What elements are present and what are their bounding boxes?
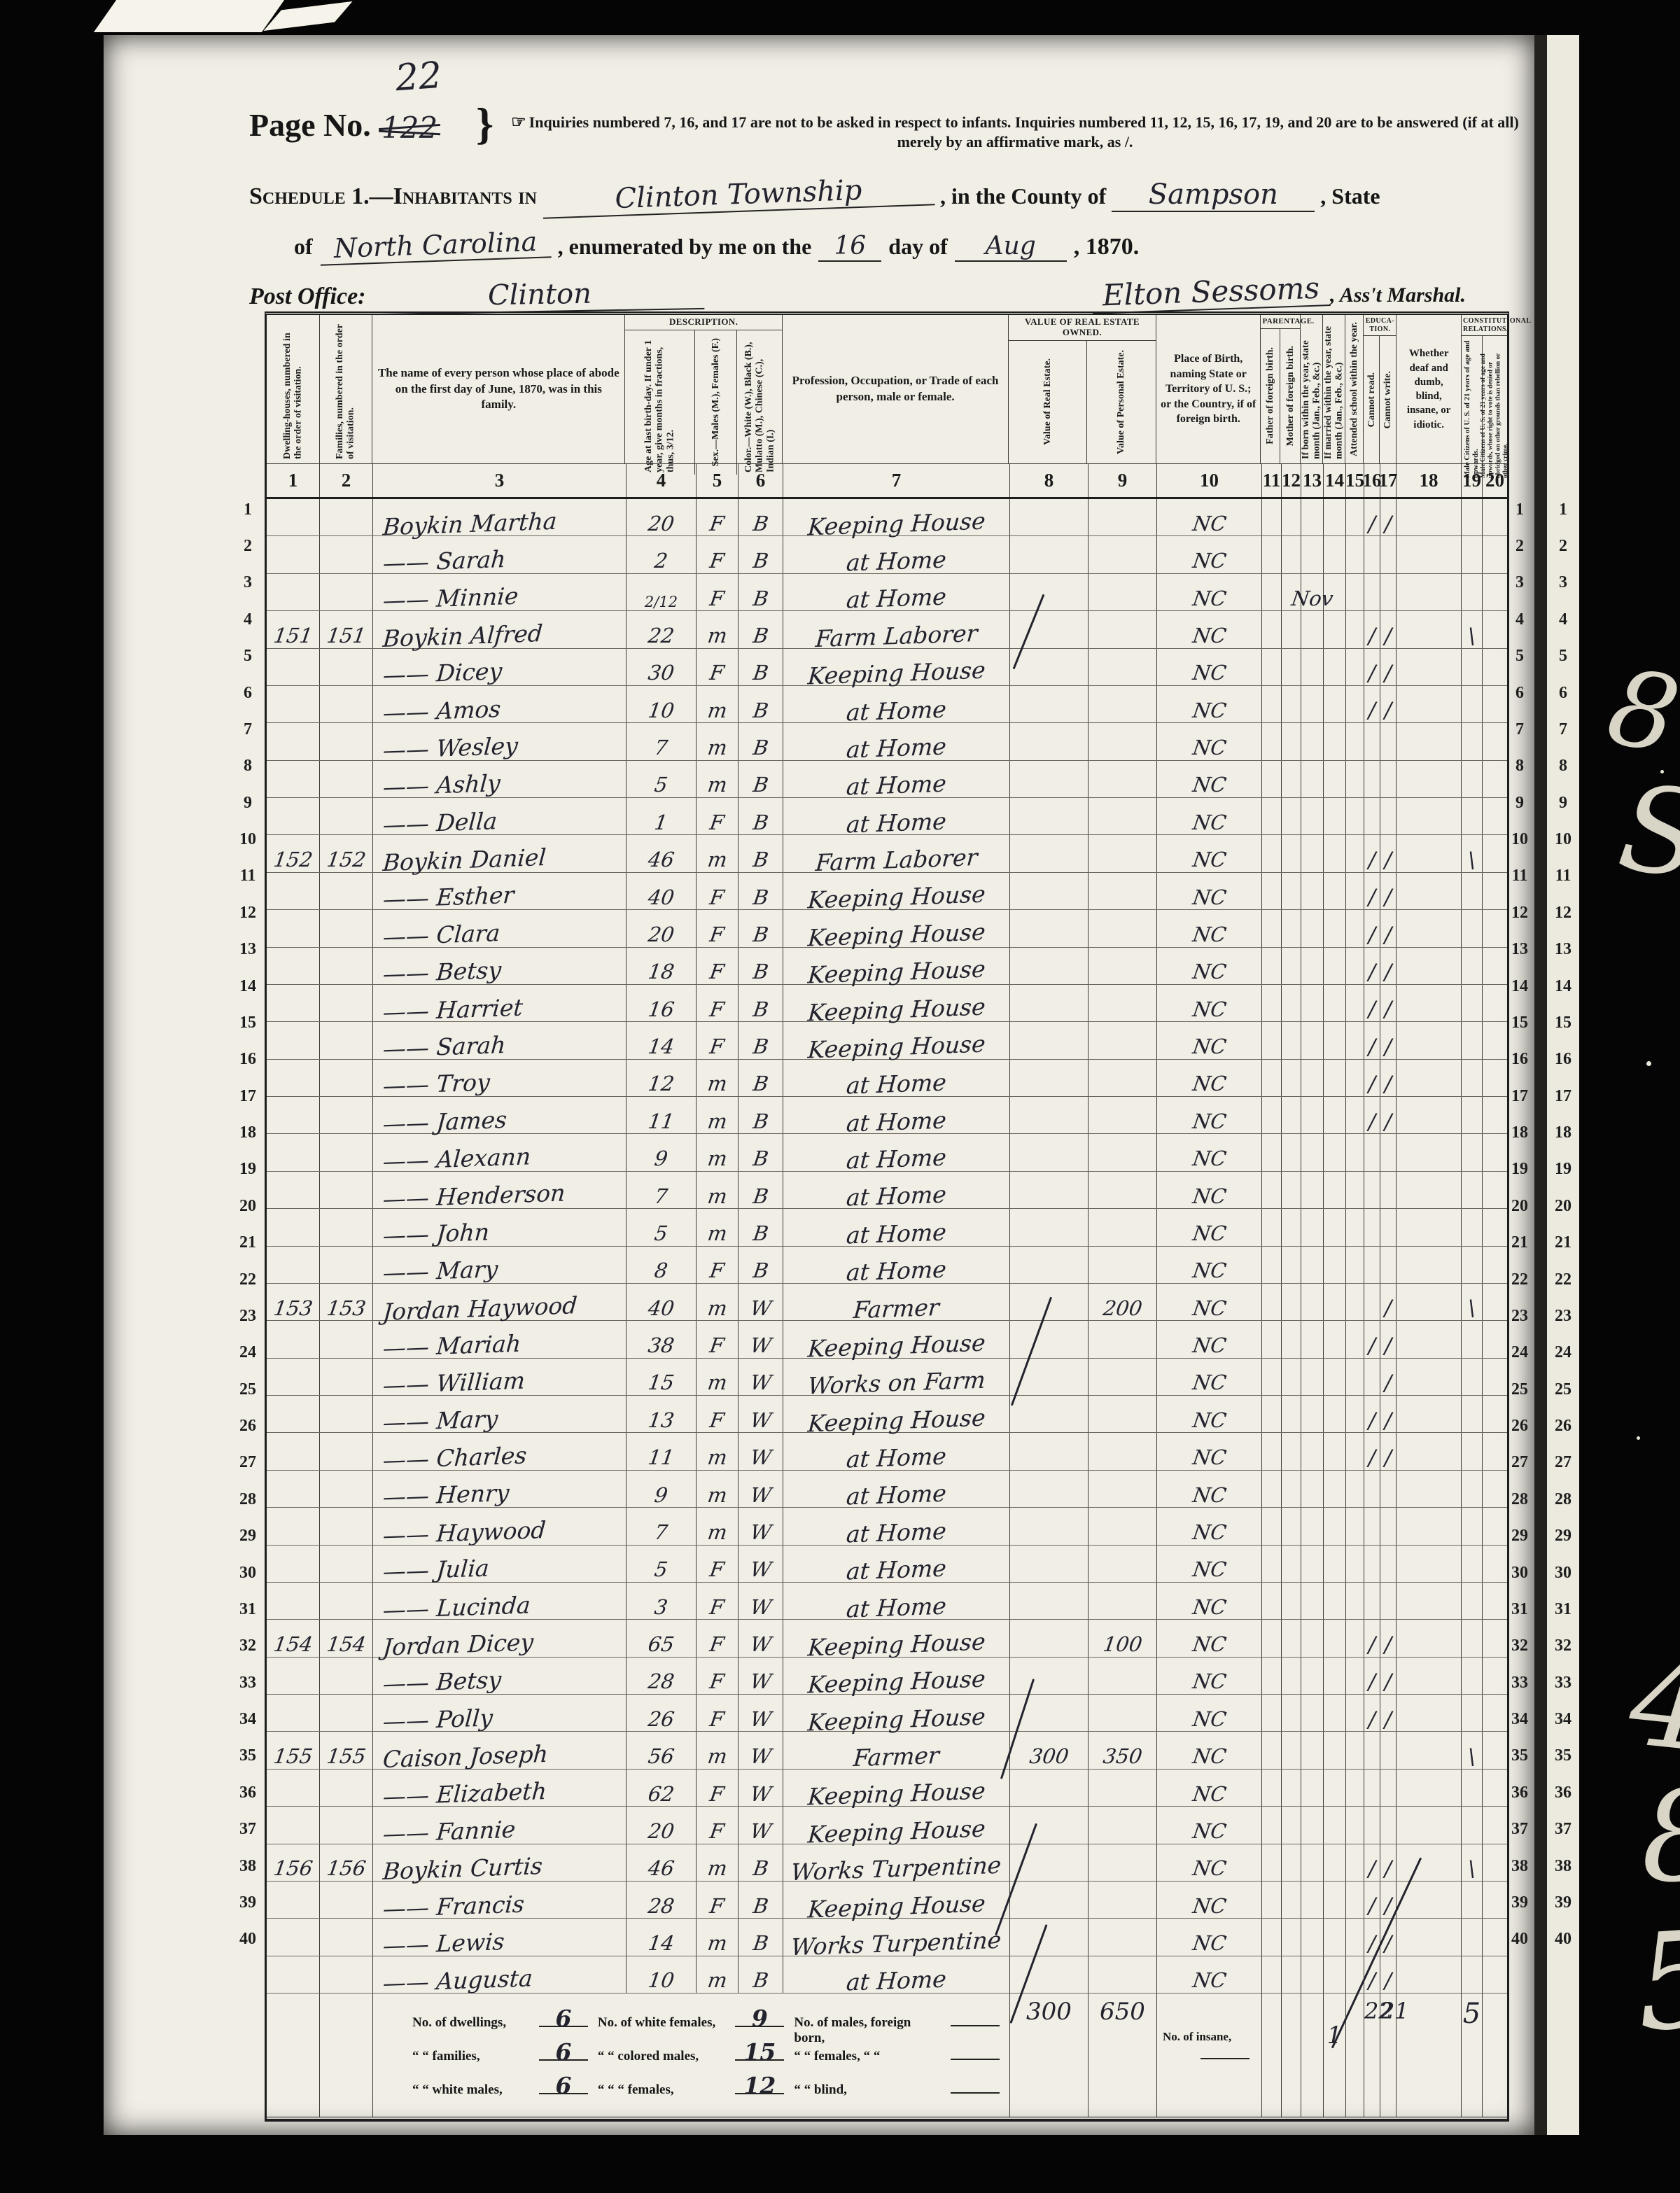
cell-born_month xyxy=(1301,536,1324,573)
cell-name: Jordan Dicey xyxy=(373,1620,626,1656)
cell-attended_school xyxy=(1346,1882,1364,1918)
summary-label: “ “ families, xyxy=(412,2049,529,2064)
cell-citizen_denied xyxy=(1483,1321,1507,1357)
cell-value_personal xyxy=(1088,1882,1157,1918)
cell-cannot_read xyxy=(1364,1583,1380,1619)
table-header: Dwelling-houses, numbered in the order o… xyxy=(267,315,1507,464)
cell-born_month xyxy=(1301,798,1324,834)
cell-dwelling xyxy=(267,761,320,797)
cell-name: —— Esther xyxy=(373,873,626,909)
cell-citizen xyxy=(1462,1134,1483,1170)
page-no-label: Page No. xyxy=(249,106,371,143)
cell-cannot_read xyxy=(1364,1209,1380,1245)
cell-married_month xyxy=(1324,985,1346,1021)
cell-value_personal xyxy=(1088,1396,1157,1432)
cell-attended_school xyxy=(1346,574,1364,610)
cell-attended_school xyxy=(1346,1247,1364,1283)
line-number: 15 xyxy=(1548,1004,1578,1041)
cell-cannot_read xyxy=(1364,1134,1380,1170)
footer-cell xyxy=(1262,1994,1282,2117)
cell-dwelling xyxy=(267,686,320,722)
table-footer: No. of dwellings,6 No. of white females,… xyxy=(267,1994,1507,2120)
line-number: 9 xyxy=(1548,785,1578,821)
cell-age: 15 xyxy=(626,1359,696,1395)
cell-value_personal xyxy=(1088,686,1157,722)
cell-name: —— Sarah xyxy=(373,1022,626,1058)
cell-cannot_write xyxy=(1380,1583,1396,1619)
line-number: 8 xyxy=(1548,748,1578,785)
post-office-label: Post Office: xyxy=(249,283,365,310)
cell-value_personal xyxy=(1088,1471,1157,1507)
col-header-dwelling: Dwelling-houses, numbered in the order o… xyxy=(281,317,304,461)
cell-father_foreign xyxy=(1262,798,1282,834)
cell-family xyxy=(320,1022,373,1058)
cell-sex: F xyxy=(696,536,738,573)
cell-value_personal xyxy=(1088,1956,1157,1993)
cell-color: B xyxy=(738,1844,783,1881)
cell-citizen xyxy=(1462,1583,1483,1619)
cell-citizen xyxy=(1462,1097,1483,1133)
footer-cell xyxy=(267,1994,320,2117)
line-number: 33 xyxy=(1506,1665,1534,1701)
cell-dwelling xyxy=(267,1770,320,1806)
cell-father_foreign xyxy=(1262,1508,1282,1544)
cell-mother_foreign xyxy=(1282,1658,1301,1694)
line-number: 26 xyxy=(1506,1408,1534,1444)
cell-dwelling xyxy=(267,1060,320,1096)
line-number: 31 xyxy=(1506,1591,1534,1627)
cell-sex: m xyxy=(696,686,738,722)
cell-mother_foreign xyxy=(1282,798,1301,834)
cell-cannot_write xyxy=(1380,723,1396,759)
cell-born_month xyxy=(1301,1396,1324,1432)
line-number: 6 xyxy=(1548,675,1578,711)
right-line-numbers: 1234567891011121314151617181920212223242… xyxy=(1506,491,1534,1958)
cell-deaf_blind xyxy=(1396,1770,1462,1806)
table-row: —— Francis28FBKeeping HouseNC// xyxy=(267,1882,1507,1919)
cell-sex: F xyxy=(696,1396,738,1432)
table-row: —— Julia5FWat HomeNC xyxy=(267,1546,1507,1583)
cell-occupation: at Home xyxy=(783,1172,1010,1208)
cell-citizen_denied xyxy=(1483,1583,1507,1619)
table-row: —— Clara20FBKeeping HouseNC// xyxy=(267,910,1507,947)
cell-father_foreign xyxy=(1262,574,1282,610)
line-number: 10 xyxy=(234,821,262,857)
cell-color: W xyxy=(738,1658,783,1694)
cell-name: Jordan Haywood xyxy=(373,1284,626,1320)
line-number: 13 xyxy=(1506,932,1534,968)
cell-cannot_read: / xyxy=(1364,1321,1380,1357)
line-number: 36 xyxy=(1506,1774,1534,1811)
line-number: 23 xyxy=(1506,1298,1534,1334)
cell-age: 18 xyxy=(626,948,696,984)
cell-father_foreign xyxy=(1262,499,1282,535)
column-number: 18 xyxy=(1396,464,1462,497)
cell-mother_foreign xyxy=(1282,1247,1301,1283)
table-body: Boykin Martha20FBKeeping HouseNC//—— Sar… xyxy=(267,499,1507,1994)
cell-color: W xyxy=(738,1546,783,1582)
cell-sex: F xyxy=(696,1022,738,1058)
line-number: 11 xyxy=(234,858,262,895)
census-scan: 8 S 4 8 5 Page No. 122 22 } ☞ Inquiries … xyxy=(0,0,1680,2193)
cell-color: W xyxy=(738,1471,783,1507)
cell-occupation: Keeping House xyxy=(783,1321,1010,1357)
cell-dwelling xyxy=(267,1097,320,1133)
cell-attended_school xyxy=(1346,1508,1364,1544)
cell-occupation: at Home xyxy=(783,1097,1010,1133)
cell-born_month xyxy=(1301,1732,1324,1768)
cell-sex: m xyxy=(696,1134,738,1170)
cell-father_foreign xyxy=(1262,1807,1282,1843)
cell-citizen_denied xyxy=(1483,1956,1507,1993)
column-number: 10 xyxy=(1157,464,1262,497)
cell-citizen_denied xyxy=(1483,1770,1507,1806)
cell-occupation: Farm Laborer xyxy=(783,835,1010,871)
cell-value_personal xyxy=(1088,1172,1157,1208)
cell-attended_school xyxy=(1346,1433,1364,1469)
cell-citizen_denied xyxy=(1483,835,1507,871)
cell-deaf_blind xyxy=(1396,536,1462,573)
cell-married_month xyxy=(1324,1433,1346,1469)
cell-occupation: Farmer xyxy=(783,1732,1010,1768)
cell-citizen xyxy=(1462,761,1483,797)
cell-born_month xyxy=(1301,1284,1324,1320)
cell-citizen_denied xyxy=(1483,948,1507,984)
cell-family: 152 xyxy=(320,835,373,871)
cell-married_month xyxy=(1324,1844,1346,1881)
cell-dwelling xyxy=(267,1807,320,1843)
cell-citizen_denied xyxy=(1483,574,1507,610)
cell-dwelling xyxy=(267,499,320,535)
cell-citizen_denied xyxy=(1483,1844,1507,1881)
cell-attended_school xyxy=(1346,536,1364,573)
cell-cannot_read: / xyxy=(1364,985,1380,1021)
cell-cannot_write: / xyxy=(1380,1359,1396,1395)
cell-occupation: at Home xyxy=(783,1956,1010,1993)
cell-value_real xyxy=(1010,649,1088,685)
cell-age: 38 xyxy=(626,1321,696,1357)
cell-father_foreign xyxy=(1262,1732,1282,1768)
line-number: 21 xyxy=(234,1225,262,1261)
cell-citizen xyxy=(1462,1770,1483,1806)
cell-birthplace: NC xyxy=(1157,1732,1262,1768)
cell-citizen xyxy=(1462,1209,1483,1245)
cell-born_month xyxy=(1301,1695,1324,1731)
cell-birthplace: NC xyxy=(1157,1321,1262,1357)
table-row: —— Polly26FWKeeping HouseNC// xyxy=(267,1695,1507,1732)
col-header-attended-school: Attended school within the year. xyxy=(1348,320,1361,458)
cell-citizen xyxy=(1462,1882,1483,1918)
line-number: 36 xyxy=(1548,1774,1578,1811)
cell-name: —— Lewis xyxy=(373,1919,626,1955)
cell-cannot_read xyxy=(1364,1546,1380,1582)
cell-value_real xyxy=(1010,1022,1088,1058)
line-number: 1 xyxy=(1548,491,1578,528)
cell-age: 13 xyxy=(626,1396,696,1432)
line-number: 36 xyxy=(234,1774,262,1811)
col-header-family: Families, numbered in the order of visit… xyxy=(334,317,357,461)
cell-name: —— Augusta xyxy=(373,1956,626,1993)
cell-occupation: Farm Laborer xyxy=(783,611,1010,647)
cell-born_month xyxy=(1301,1844,1324,1881)
cell-occupation: Keeping House xyxy=(783,649,1010,685)
scan-speck xyxy=(1646,1061,1651,1066)
cell-born_month xyxy=(1301,873,1324,909)
cell-attended_school xyxy=(1346,1321,1364,1357)
cell-value_real xyxy=(1010,835,1088,871)
cell-sex: m xyxy=(696,1433,738,1469)
cell-age: 28 xyxy=(626,1658,696,1694)
cell-value_real xyxy=(1010,1396,1088,1432)
cell-dwelling xyxy=(267,910,320,946)
cell-age: 11 xyxy=(626,1097,696,1133)
cell-name: —— William xyxy=(373,1359,626,1395)
cell-attended_school xyxy=(1346,1583,1364,1619)
cell-value_personal xyxy=(1088,1695,1157,1731)
cell-mother_foreign xyxy=(1282,910,1301,946)
cell-deaf_blind xyxy=(1396,649,1462,685)
cell-mother_foreign xyxy=(1282,723,1301,759)
line-number: 38 xyxy=(1506,1848,1534,1884)
cell-citizen xyxy=(1462,499,1483,535)
cell-value_personal xyxy=(1088,985,1157,1021)
line-number: 17 xyxy=(234,1078,262,1114)
cell-family xyxy=(320,873,373,909)
cell-color: W xyxy=(738,1620,783,1656)
group-education: Educa-tion. Cannot read. Cannot write. xyxy=(1364,315,1396,463)
line-number: 5 xyxy=(1506,638,1534,675)
cell-age: 7 xyxy=(626,723,696,759)
table-row: —— Lewis14mBWorks TurpentineNC// xyxy=(267,1919,1507,1956)
cell-cannot_read: / xyxy=(1364,835,1380,871)
cell-cannot_read: / xyxy=(1364,948,1380,984)
cell-mother_foreign xyxy=(1282,649,1301,685)
line-number: 5 xyxy=(234,638,262,675)
cell-cannot_read xyxy=(1364,723,1380,759)
line-number: 7 xyxy=(234,711,262,748)
cell-citizen_denied xyxy=(1483,873,1507,909)
cell-cannot_read xyxy=(1364,1471,1380,1507)
cell-dwelling xyxy=(267,1134,320,1170)
line-number: 31 xyxy=(234,1591,262,1627)
cell-age: 40 xyxy=(626,1284,696,1320)
cell-cannot_write xyxy=(1380,1508,1396,1544)
cell-value_real xyxy=(1010,873,1088,909)
cell-name: —— Julia xyxy=(373,1546,626,1582)
cell-sex: m xyxy=(696,1209,738,1245)
cell-born_month xyxy=(1301,1247,1324,1283)
summary-label: “ “ blind, xyxy=(794,2082,941,2098)
cell-cannot_write: / xyxy=(1380,910,1396,946)
table-row: —— Sarah2FBat HomeNC xyxy=(267,536,1507,573)
cell-mother_foreign xyxy=(1282,873,1301,909)
line-number: 40 xyxy=(1548,1921,1578,1958)
cell-age: 5 xyxy=(626,1209,696,1245)
cell-father_foreign xyxy=(1262,1284,1282,1320)
cell-born_month xyxy=(1301,1433,1324,1469)
cell-citizen_denied xyxy=(1483,649,1507,685)
cell-name: —— Elizabeth xyxy=(373,1770,626,1806)
cell-color: B xyxy=(738,499,783,535)
census-table: Dwelling-houses, numbered in the order o… xyxy=(265,311,1509,2122)
cell-value_real xyxy=(1010,1770,1088,1806)
cell-occupation: Keeping House xyxy=(783,948,1010,984)
table-row: —— Betsy18FBKeeping HouseNC// xyxy=(267,948,1507,985)
cell-citizen_denied xyxy=(1483,1732,1507,1768)
cell-married_month xyxy=(1324,1919,1346,1955)
cell-father_foreign xyxy=(1262,611,1282,647)
cell-age: 12 xyxy=(626,1060,696,1096)
line-number: 21 xyxy=(1548,1225,1578,1261)
summary-value: 6 xyxy=(539,2045,588,2061)
col-header-citizen: Male Citizens of U. S. of 21 years of ag… xyxy=(1463,336,1481,480)
column-number: 3 xyxy=(373,464,626,497)
cell-name: —— Minnie xyxy=(373,574,626,610)
cell-deaf_blind xyxy=(1396,611,1462,647)
cell-citizen_denied xyxy=(1483,499,1507,535)
cell-married_month xyxy=(1324,1620,1346,1656)
cell-family: 155 xyxy=(320,1732,373,1768)
cell-deaf_blind xyxy=(1396,1658,1462,1694)
summary-value: 9 xyxy=(735,2012,784,2027)
cell-age: 10 xyxy=(626,1956,696,1993)
cell-value_real xyxy=(1010,611,1088,647)
real-estate-total: 300 xyxy=(1010,1998,1088,2026)
cell-birthplace: NC xyxy=(1157,1284,1262,1320)
line-number: 37 xyxy=(1506,1812,1534,1848)
cell-born_month xyxy=(1301,761,1324,797)
cell-married_month xyxy=(1324,649,1346,685)
cell-deaf_blind xyxy=(1396,1583,1462,1619)
cell-value_real xyxy=(1010,1919,1088,1955)
line-number: 34 xyxy=(1506,1701,1534,1737)
cell-value_personal xyxy=(1088,1060,1157,1096)
column-number: 12 xyxy=(1282,464,1301,497)
margin-scribble: 5 xyxy=(1631,1901,1680,2061)
cell-value_real xyxy=(1010,536,1088,573)
cell-family xyxy=(320,1919,373,1955)
cell-married_month xyxy=(1324,1956,1346,1993)
group-description: Description. Age at last birth-day. If u… xyxy=(625,315,783,463)
cell-married_month xyxy=(1324,835,1346,871)
cell-born_month xyxy=(1301,686,1324,722)
cell-deaf_blind xyxy=(1396,1209,1462,1245)
cell-mother_foreign xyxy=(1282,1209,1301,1245)
table-row: —— Fannie20FWKeeping HouseNC xyxy=(267,1807,1507,1844)
line-number: 29 xyxy=(234,1518,262,1555)
cell-attended_school xyxy=(1346,1695,1364,1731)
cell-dwelling xyxy=(267,1396,320,1432)
cell-dwelling xyxy=(267,1546,320,1582)
cell-family xyxy=(320,910,373,946)
cell-sex: m xyxy=(696,1508,738,1544)
cell-deaf_blind xyxy=(1396,1172,1462,1208)
cell-born_month xyxy=(1301,499,1324,535)
cell-birthplace: NC xyxy=(1157,948,1262,984)
cell-birthplace: NC xyxy=(1157,574,1262,610)
cell-sex: F xyxy=(696,798,738,834)
cell-name: —— Mary xyxy=(373,1247,626,1283)
cell-deaf_blind xyxy=(1396,1546,1462,1582)
summary-label: “ “ white males, xyxy=(412,2082,529,2098)
cell-color: B xyxy=(738,1022,783,1058)
line-number: 31 xyxy=(1548,1591,1578,1627)
line-number: 10 xyxy=(1506,821,1534,857)
cell-occupation: Works Turpentine xyxy=(783,1844,1010,1881)
cell-occupation: Keeping House xyxy=(783,1658,1010,1694)
column-number: 14 xyxy=(1324,464,1346,497)
cell-deaf_blind xyxy=(1396,1359,1462,1395)
cell-value_personal xyxy=(1088,1134,1157,1170)
line-number: 15 xyxy=(1506,1004,1534,1041)
summary-line: No. of dwellings,6 No. of white females,… xyxy=(412,2012,1009,2045)
cell-mother_foreign xyxy=(1282,1433,1301,1469)
cell-married_month xyxy=(1324,686,1346,722)
township-value: Clinton Township xyxy=(542,171,934,219)
cell-mother_foreign xyxy=(1282,1695,1301,1731)
cell-father_foreign xyxy=(1262,1471,1282,1507)
line-number: 33 xyxy=(1548,1665,1578,1701)
cell-dwelling xyxy=(267,1433,320,1469)
line-number: 12 xyxy=(1548,895,1578,931)
cell-family xyxy=(320,1583,373,1619)
cell-father_foreign xyxy=(1262,1844,1282,1881)
cell-family xyxy=(320,1433,373,1469)
cell-married_month xyxy=(1324,798,1346,834)
cell-dwelling xyxy=(267,723,320,759)
cell-father_foreign xyxy=(1262,1882,1282,1918)
line-number: 32 xyxy=(1548,1628,1578,1665)
cell-dwelling xyxy=(267,1359,320,1395)
cell-cannot_write: / xyxy=(1380,835,1396,871)
cell-birthplace: NC xyxy=(1157,1471,1262,1507)
table-row: —— Ashly5mBat HomeNC xyxy=(267,761,1507,798)
line-number: 22 xyxy=(234,1261,262,1298)
cell-born_month xyxy=(1301,835,1324,871)
table-row: —— Wesley7mBat HomeNC xyxy=(267,723,1507,760)
cell-cannot_write: / xyxy=(1380,611,1396,647)
cell-birthplace: NC xyxy=(1157,611,1262,647)
cell-attended_school xyxy=(1346,649,1364,685)
footer-personal-total-cell: 650 xyxy=(1088,1994,1157,2117)
cell-occupation: Keeping House xyxy=(783,1770,1010,1806)
cell-deaf_blind xyxy=(1396,1134,1462,1170)
line-number: 4 xyxy=(234,601,262,638)
cell-value_personal xyxy=(1088,1583,1157,1619)
line-number: 22 xyxy=(1548,1261,1578,1298)
cell-color: B xyxy=(738,798,783,834)
cell-value_real xyxy=(1010,1620,1088,1656)
cell-citizen_denied xyxy=(1483,1022,1507,1058)
cell-family: 153 xyxy=(320,1284,373,1320)
line-number: 24 xyxy=(1548,1335,1578,1371)
cell-born_month xyxy=(1301,1807,1324,1843)
cell-attended_school xyxy=(1346,761,1364,797)
line-number: 24 xyxy=(1506,1335,1534,1371)
cell-born_month xyxy=(1301,1134,1324,1170)
cell-sex: F xyxy=(696,1770,738,1806)
line-number: 38 xyxy=(234,1848,262,1884)
cell-deaf_blind xyxy=(1396,1471,1462,1507)
cell-citizen_denied xyxy=(1483,1919,1507,1955)
cell-citizen_denied xyxy=(1483,1359,1507,1395)
cell-age: 65 xyxy=(626,1620,696,1656)
cell-family xyxy=(320,761,373,797)
line-number: 9 xyxy=(234,785,262,821)
cell-name: —— Fannie xyxy=(373,1807,626,1843)
cell-value_real xyxy=(1010,761,1088,797)
cell-age: 28 xyxy=(626,1882,696,1918)
